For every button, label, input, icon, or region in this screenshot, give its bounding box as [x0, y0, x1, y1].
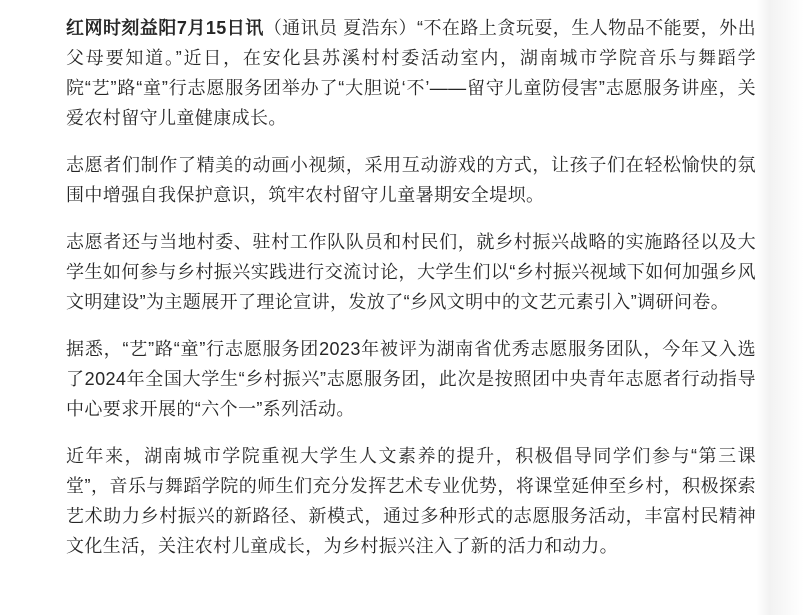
paragraph-summary: 近年来，湖南城市学院重视大学生人文素养的提升，积极倡导同学们参与“第三课堂”，音… — [66, 441, 756, 561]
paragraph-activity: 志愿者们制作了精美的动画小视频，采用互动游戏的方式，让孩子们在轻松愉快的氛围中增… — [66, 150, 756, 210]
paragraph-dateline: 红网时刻益阳7月15日讯（通讯员 夏浩东）“不在路上贪玩耍，生人物品不能要，外出… — [66, 13, 756, 133]
paragraph-discussion: 志愿者还与当地村委、驻村工作队队员和村民们，就乡村振兴战略的实施路径以及大学生如… — [66, 227, 756, 317]
paragraph-background: 据悉，“艺”路“童”行志愿服务团2023年被评为湖南省优秀志愿服务团队，今年又入… — [66, 334, 756, 424]
page-edge-shadow — [756, 0, 804, 615]
dateline-source: 红网时刻益阳7月15日讯 — [66, 18, 264, 38]
article-body: 红网时刻益阳7月15日讯（通讯员 夏浩东）“不在路上贪玩耍，生人物品不能要，外出… — [66, 13, 756, 578]
